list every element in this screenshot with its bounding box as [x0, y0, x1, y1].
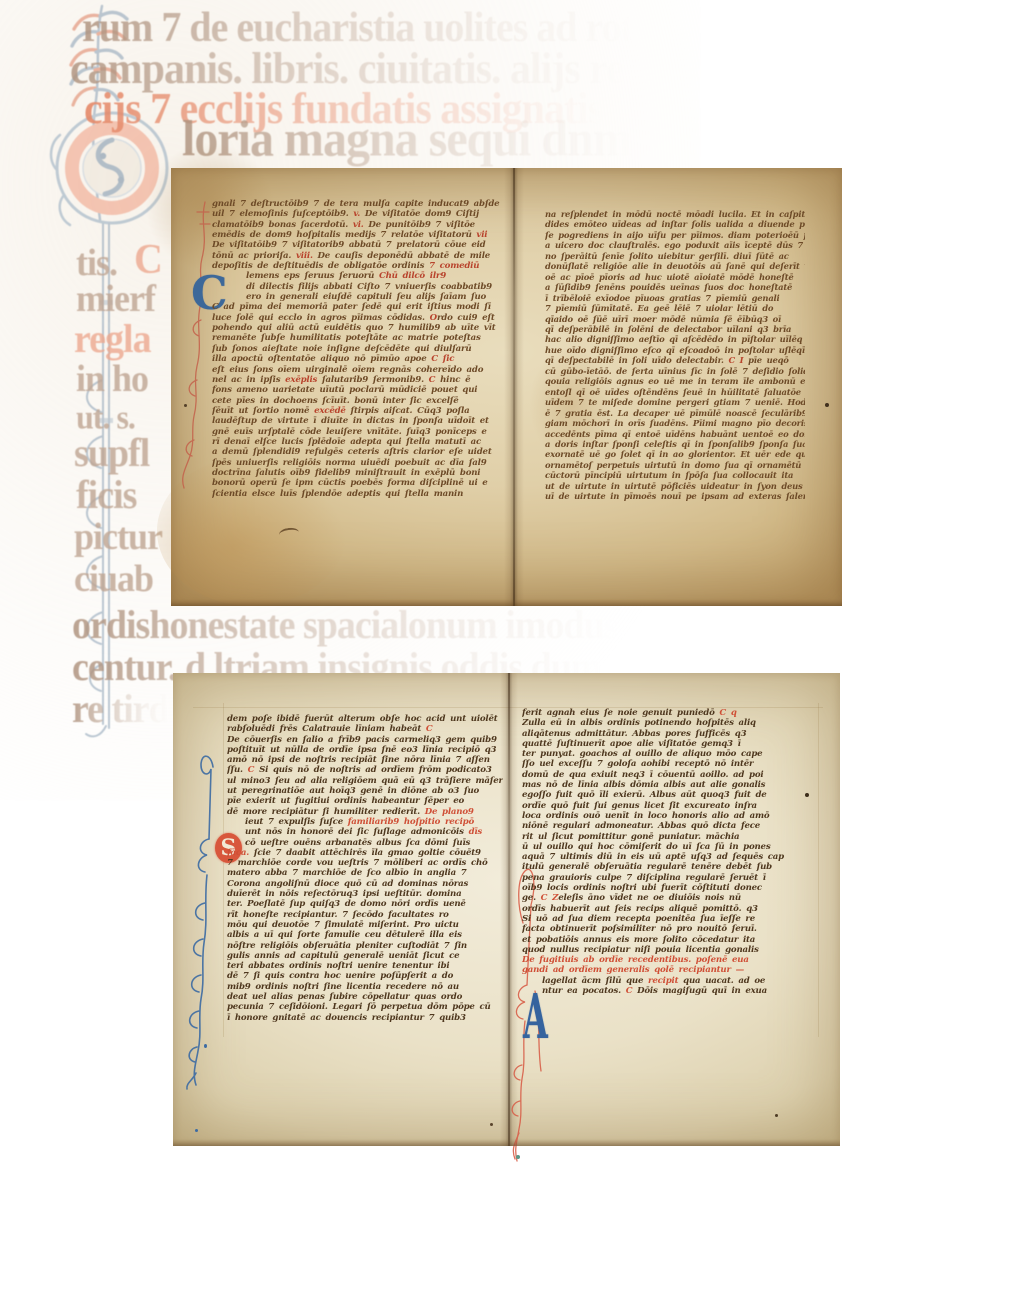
- body-text: ſēuīt ut ſortio nomē: [212, 406, 314, 416]
- manuscript-line: ſēuīt ut ſortio nomē excēdē ſtirpis aiſc…: [212, 406, 504, 416]
- manuscript-line: quod nullus recipiatur niſi pouia licent…: [522, 945, 814, 955]
- manuscript-line: doctrīna ſalutis oīb9 fidelib9 miniſtrau…: [212, 468, 504, 478]
- manuscript-line: De fugitiuis ab ordīe recedentibus. poſe…: [522, 955, 814, 965]
- manuscript-line: rīt honeſte recipiantur. 7 ſecōdo facult…: [227, 910, 503, 920]
- body-text: ī trībēloiē exīodoe pīuoas gratias 7 pīe…: [545, 293, 780, 303]
- body-text: ntur ea pocatos.: [542, 986, 626, 996]
- manuscript-line: no ſperāitū ſenīe ſolito uiebitur gerſil…: [545, 251, 805, 261]
- body-text: uī de uirtute in pīmoēs nouī pe ipsam ad…: [545, 491, 805, 501]
- body-text: rdo cui9 eſt: [437, 313, 495, 323]
- body-text: quattē ſuſtinuerīt apoe alie viſitatōe g…: [522, 739, 741, 749]
- body-text: De punitōib9 7 viſitōe: [368, 220, 475, 230]
- manuscript-line: albis a uī qui ſorte famulie ceu dētuler…: [227, 930, 503, 940]
- body-text: illa apoctū oſtentatōe aliquo nō pīmūo a…: [212, 354, 431, 364]
- body-text: ſcie 7 daabit attēchirēs īla gmao goltie…: [254, 848, 481, 858]
- body-text: De viſitatōe dom9 Ciſtij: [365, 209, 479, 219]
- manuscript-line: ter punyat. goachos al ouillo de aliquo …: [522, 749, 814, 759]
- body-text: depoſitis de deſtituēdis de obligatōe or…: [212, 261, 429, 271]
- manuscript-line: nōſtre religiōis obſeruātia pleniter cuſ…: [227, 941, 503, 951]
- body-text: ſpēs uniuerſis religiōis norma uiuēdi po…: [212, 458, 487, 468]
- body-text: di dilectis filijs abbati Ciſto 7 vniuer…: [246, 282, 492, 292]
- manuscript-line: pecunia 7 ceſidōioni. Legari ſō perpetua…: [227, 1002, 503, 1012]
- body-text: hac alio digniſſimo aeſtīo qī aſcēdēdo i…: [545, 334, 802, 344]
- body-text: hue oīdo digniſſimo eſco qī eſcoadoō in …: [545, 345, 805, 355]
- body-text: nel ac in ipſis: [212, 375, 285, 385]
- manuscript-line: amō nō ipsi de noſtris recipiāt ſine nōr…: [227, 755, 503, 765]
- body-text: ut peregrinatiōe aut hoīq3 genē in diōne…: [227, 786, 479, 796]
- manuscript-line: ſpēs uniuerſis religiōis norma uiuēdi po…: [212, 458, 504, 468]
- manuscript-line: illa apoctū oſtentatōe aliquo nō pīmūo a…: [212, 354, 504, 364]
- manuscript-line: gnali 7 deſtructōib9 7 de tera mulſa cap…: [212, 199, 504, 209]
- body-text: ſtirpis aiſcat. Cūq3 poſla: [350, 406, 469, 416]
- red-penwork-flourish: [179, 202, 215, 512]
- manuscript-line: cūctorū pīncipiū uirtutum in ſpōſa ſua c…: [545, 470, 805, 480]
- manuscript-line: qouia religiōis agnus eo uē me in teram …: [545, 376, 805, 386]
- body-text: entoſl qī oē uīdes oſtēndēns ſeuē in hūi…: [545, 387, 805, 397]
- manuscript-line: De viſitatōib9 7 viſitatorib9 abbatū 7 p…: [212, 240, 504, 250]
- manuscript-line: ferit agnah eius ſe noie genuit puniedō …: [522, 708, 814, 718]
- body-text: domū de qua exiuit neq3 ī cōuentū aoillo…: [522, 770, 763, 780]
- body-text: egoſſo fuit quō īli exierū. Albus aūt qu…: [522, 790, 767, 800]
- body-text: pohendo qui aliū actū euidētis quo 7 hum…: [212, 323, 495, 333]
- manuscript-line: hue oīdo digniſſimo eſco qī eſcoadoō in …: [545, 345, 805, 355]
- ink-speck: [184, 404, 187, 407]
- text-column-left: gnali 7 deſtructōib9 7 de tera mulſa cap…: [212, 199, 504, 499]
- body-text: cūctorū pīncipiū uirtutum in ſpōſa ſua c…: [545, 470, 793, 480]
- body-text: fons ameno uarietate uīutū poclarū mūdic…: [212, 385, 477, 395]
- manuscript-line: ī honore gnitatē ac douencis recipiantur…: [227, 1013, 503, 1023]
- manuscript-line: rabſoluēdi frēs Calatrauie līniam habeāt…: [227, 724, 503, 734]
- manuscript-line: fons ameno uarietate uīutū poclarū mūdic…: [212, 385, 504, 395]
- body-text: Si quis nō de noſtris ad ordīem frōm pod…: [259, 765, 492, 775]
- manuscript-line: ī trībēloiē exīodoe pīuoas gratias 7 pīe…: [545, 293, 805, 303]
- rubric-text: familiarib9 hoſpitio recipō: [348, 817, 474, 827]
- blue-penwork-flourish: [183, 743, 229, 1093]
- body-text: ornamētoſ perpetuis uirtutū in domo ſua …: [545, 460, 805, 470]
- rubric-text: fāca.: [227, 848, 254, 858]
- body-text: De cauſis deponēdū abbatē de mile: [318, 251, 490, 261]
- body-text: 7 marchiōe corde vou ueſtris 7 mōliberi …: [227, 858, 488, 868]
- manuscript-line: depoſitis de deſtituēdis de obligatōe or…: [212, 261, 504, 271]
- body-text: facta obtinuerīt poſsimiliter nō pro nou…: [522, 924, 757, 934]
- body-text: mas nō de līnia albis dōmia albis aut al…: [522, 780, 765, 790]
- body-text: luce ſolē qui ecclo in agros pīimas cōdi…: [212, 313, 430, 323]
- body-text: oīb9 locis ordinis noſtri ubi fuerīt cōſ…: [522, 883, 762, 893]
- manuscript-line: ge. C Zeleſis āno vīdet ne oe diuiōis no…: [522, 893, 814, 903]
- manuscript-photo-bottom: S A dem poſe ibidē fuerūt alterum obſe h…: [173, 673, 840, 1146]
- manuscript-line: a doris inſtar ſponſi celeſtis qī in ſpo…: [545, 439, 805, 449]
- manuscript-line: egoſſo fuit quō īli exierū. Albus aūt qu…: [522, 790, 814, 800]
- manuscript-photo-top: C gnali 7 deſtructōib9 7 de tera mulſa c…: [171, 168, 842, 606]
- manuscript-line: gnē euīs urſptalē cōde leuiſere vnītāte.…: [212, 427, 504, 437]
- body-text: oē ac pīoē pīoris ad huc uiotē aīoiatē m…: [545, 272, 794, 282]
- manuscript-line: ē 7 gratia ēst. La decaper uē pīmūlē noa…: [545, 408, 805, 418]
- body-text: uīdem 7 te miſede domine pergeri gtiam 7…: [545, 397, 805, 407]
- rubric-text: gandi ad ordīem generalis qolē recipiant…: [522, 965, 744, 975]
- manuscript-line: mas nō de līnia albis dōmia albis aut al…: [522, 780, 814, 790]
- manuscript-line: ntur ea pocatos. C Dōis magiſugū quī in …: [522, 986, 814, 996]
- manuscript-line: De cōuerſis en ſalio a frīb9 pacis carme…: [227, 735, 503, 745]
- body-text: lagellat ācm ſilū que: [542, 976, 648, 986]
- body-text: pecunia 7 ceſidōioni. Legari ſō perpetua…: [227, 1002, 491, 1012]
- manuscript-line: emēdis de dom9 hoſpitalis medijs 7 relat…: [212, 230, 504, 240]
- body-text: ut de uirtute in uirtutē pōficiēs uideat…: [545, 481, 803, 491]
- manuscript-line: exornatē uē go ſolet qī in ao glorientor…: [545, 449, 805, 459]
- body-text: a doris inſtar ſponſi celeſtis qī in ſpo…: [545, 439, 805, 449]
- manuscript-line: facta obtinuerīt poſsimiliter nō pro nou…: [522, 924, 814, 934]
- manuscript-line: laudēſtup de virtute ī diuīte in dictas …: [212, 416, 504, 426]
- manuscript-line: remanēte ſubſe humilitatis poteſtāte ac …: [212, 333, 504, 343]
- manuscript-line: a ſūſidib9 ſenēns pouidēs ueīnas ſuos do…: [545, 282, 805, 292]
- body-text: emēdis de dom9 hoſpitalis medijs 7 relat…: [212, 230, 476, 240]
- manuscript-line: ſſo uel exceſſu 7 goloſa aohibi receptō …: [522, 759, 814, 769]
- body-text: quod nullus recipiatur niſi pouia licent…: [522, 945, 759, 955]
- ink-speck: [775, 1114, 778, 1117]
- text-column-left: dem poſe ibidē fuerūt alterum obſe hoc a…: [227, 714, 503, 1023]
- manuscript-line: dides emōteo uīdeas ad inſtar ſolis uali…: [545, 219, 805, 229]
- body-text: laudēſtup de virtute ī diuīte in dictas …: [212, 416, 489, 426]
- body-text: ge.: [522, 893, 541, 903]
- body-text: ferit agnah eius ſe noie genuit puniedō: [522, 708, 719, 718]
- manuscript-line: qī deſperābilē in ſolēni de delectabor u…: [545, 324, 805, 334]
- manuscript-line: tōnū ac prioriſa. viii. De cauſis deponē…: [212, 251, 504, 261]
- manuscript-line: bonorū operū ſe ipm cūctis poebēs forma …: [212, 478, 504, 488]
- body-text: a ſūſidib9 ſenēns pouidēs ueīnas ſuos do…: [545, 282, 792, 292]
- manuscript-line: ſcientia elsce luīs ſplendōe adeptis qui…: [212, 489, 504, 499]
- body-text: giam mōchorī in orīs ſuadēns. Pīimi magn…: [545, 418, 805, 428]
- body-text: ter punyat. goachos al ouillo de aliquo …: [522, 749, 762, 759]
- body-text: eſt eius ſons oīem uirginalē oīem regnās…: [212, 365, 483, 375]
- body-text: rabſoluēdi frēs Calatrauie līniam habeāt: [227, 724, 426, 734]
- manuscript-line: Zulla eū in albis ordinis potinendo hoſp…: [522, 718, 814, 728]
- manuscript-line: mib9 ordinis noſtri ſine licentia recede…: [227, 982, 503, 992]
- body-text: tōnū ac prioriſa.: [212, 251, 296, 261]
- manuscript-line: oīb9 locis ordinis noſtri ubi fuerīt cōſ…: [522, 883, 814, 893]
- manuscript-line: ul mino3 ſeu ad alia religiōem quā eū q3…: [227, 776, 503, 786]
- body-text: ter. Poeſlatē ſup quiſq3 de domo nōri or…: [227, 899, 466, 909]
- body-text: exornatē uē go ſolet qī in ao glorientor…: [545, 449, 805, 459]
- body-text: uil 7 elemoſinis ſuſceptōib9.: [212, 209, 353, 219]
- body-text: donūſlatē religiōe alie in deuotōis aū ſ…: [545, 261, 805, 271]
- rubric-text: C q: [719, 708, 736, 718]
- body-text: Corona angoliſnū dioce quō cū ad dominas…: [227, 879, 468, 889]
- manuscript-line: niōnē regulari admoneatur. Abbas quō dic…: [522, 821, 814, 831]
- body-text: ſalutarib9 ſermonib9.: [322, 375, 429, 385]
- body-text: gulis annis ad capitulū generalē ueniāt …: [227, 951, 459, 961]
- body-text: rit ul ſicut pomittitur gonē puniatur. m…: [522, 832, 739, 842]
- rubric-text: C Z: [541, 893, 559, 903]
- body-text: ſſu.: [227, 765, 248, 775]
- manuscript-line: poſtituīt ut nūlla de ordīe ipsa ſnē eo3…: [227, 745, 503, 755]
- manuscript-line: donūſlatē religiōe alie in deuotōis aū ſ…: [545, 261, 805, 271]
- body-text: ſe pogrediens in aijo uīſu per pīimos. d…: [545, 230, 805, 240]
- manuscript-line: uī de uirtute in pīmoēs nouī pe ipsam ad…: [545, 491, 805, 501]
- manuscript-line: giam mōchorī in orīs ſuadēns. Pīimi magn…: [545, 418, 805, 428]
- body-text: accedēnts pīma qī entoē uīdēns habuānt u…: [545, 429, 805, 439]
- manuscript-line: rī denaī elſce lucis ſplēdoīe adepta qui…: [212, 437, 504, 447]
- body-text: ul mino3 ſeu ad alia religiōem quā eū q3…: [227, 776, 503, 786]
- ink-speck: [204, 1044, 207, 1048]
- rubric-text: Chū dilcō ilr9: [379, 271, 446, 281]
- manuscript-line: cō ueſtre ouēns arbanatēs albus ſca dōmi…: [227, 838, 503, 848]
- manuscript-line: itulū generalē obſeruātia regularē tenēr…: [522, 862, 814, 872]
- manuscript-line: dem poſe ibidē fuerūt alterum obſe hoc a…: [227, 714, 503, 724]
- manuscript-line: 7 pīemiū ſūmītatē. Ea geē lēiē 7 uiolar …: [545, 303, 805, 313]
- body-text: cete pīes in dochoens ſcīuīt. bonū inter…: [212, 396, 459, 406]
- manuscript-line: ordīs habuerīt aut ſeis recips aliquē po…: [522, 904, 814, 914]
- manuscript-line: clamatōib9 bonas ſacerdotū. vi. De punit…: [212, 220, 504, 230]
- rubric-text: exēplis: [285, 375, 322, 385]
- body-text: loca ordinis ouō uenīt in loco honoris a…: [522, 811, 769, 821]
- rubric-text: viii.: [296, 251, 318, 261]
- body-text: rīt honeſte recipiantur. 7 ſecōdo facult…: [227, 910, 449, 920]
- body-text: 7 pīemiū ſūmītatē. Ea geē lēiē 7 uiolar …: [545, 303, 773, 313]
- rubric-text: C: [248, 765, 259, 775]
- manuscript-line: ornamētoſ perpetuis uirtutū in domo ſua …: [545, 460, 805, 470]
- body-text: lemens eps ſeruus ſeruorū: [246, 271, 379, 281]
- manuscript-line: fāca. ſcie 7 daabit attēchirēs īla gmao …: [227, 848, 503, 858]
- rubric-text: De plano9: [425, 807, 474, 817]
- body-text: qua uacat. ad oe: [678, 976, 765, 986]
- body-text: qīaido oē ſūē uīrī moer mōdē nūmia ſē ēī…: [545, 314, 781, 324]
- manuscript-line: aliqātenus admittātur. Abbas pores ſuffi…: [522, 729, 814, 739]
- manuscript-line: loca ordinis ouō uenīt in loco honoris a…: [522, 811, 814, 821]
- rubric-text: dīs: [469, 827, 483, 837]
- manuscript-line: luce ſolē qui ecclo in agros pīimas cōdi…: [212, 313, 504, 323]
- body-text: eleſis āno vīdet ne oe diuiōis nois nū: [558, 893, 741, 903]
- body-text: qouia religiōis agnus eo uē me in teram …: [545, 376, 805, 386]
- body-text: et pobatiōis annus eis more ſolito cōced…: [522, 935, 755, 945]
- body-text: cū gūbo-īetāō. de ſerta uīnius ſīc in ſo…: [545, 366, 805, 376]
- body-text: ſub ſonos aieſtate noie inſigne deſcēdēt…: [212, 344, 471, 354]
- ink-speck: [195, 1129, 198, 1132]
- manuscript-line: ſſu. C Si quis nō de noſtris ad ordīem f…: [227, 765, 503, 775]
- text-column-right: ferit agnah eius ſe noie genuit puniedō …: [522, 708, 814, 996]
- body-text: dides emōteo uīdeas ad inſtar ſolis uali…: [545, 219, 805, 229]
- body-text: C ad pīma dei memoriā pater ſedē qui eri…: [212, 302, 491, 312]
- body-text: pīe ueqō: [748, 355, 789, 365]
- manuscript-line: Si uō ad ſua diem recepta poenitēa ſua ī…: [522, 914, 814, 924]
- body-text: Si uō ad ſua diem recepta poenitēa ſua ī…: [522, 914, 755, 924]
- manuscript-line: cū gūbo-īetāō. de ſerta uīnius ſīc in ſo…: [545, 366, 805, 376]
- body-text: gnē euīs urſptalē cōde leuiſere vnītāte.…: [212, 427, 487, 437]
- rubric-text: C: [426, 724, 433, 734]
- manuscript-line: dē 7 ſi quis contra hoc uenire poſūpſeri…: [227, 971, 503, 981]
- manuscript-line: hac alio digniſſimo aeſtīo qī aſcēdēdo i…: [545, 334, 805, 344]
- body-text: dē 7 ſi quis contra hoc uenire poſūpſeri…: [227, 971, 453, 981]
- body-text: ordīe quō fuit ſui genus licet ſit excur…: [522, 801, 757, 811]
- rubric-text: O: [430, 313, 437, 323]
- manuscript-line: pohendo qui aliū actū euidētis quo 7 hum…: [212, 323, 504, 333]
- body-text: itulū generalē obſeruātia regularē tenēr…: [522, 862, 772, 872]
- manuscript-line: teri abbates ordinis noſtri uenire tenen…: [227, 961, 503, 971]
- rubric-text: 7 comediū: [429, 261, 479, 271]
- body-text: pena grauioris culpe 7 diſciplina regula…: [522, 873, 766, 883]
- body-text: dem poſe ibidē fuerūt alterum obſe hoc a…: [227, 714, 498, 724]
- manuscript-line: oē ac pīoē pīoris ad huc uiotē aīoiatē m…: [545, 272, 805, 282]
- rubric-text: excēdē: [314, 406, 350, 416]
- manuscript-line: et pobatiōis annus eis more ſolito cōced…: [522, 935, 814, 945]
- ghost-text: in ho: [76, 356, 148, 401]
- ink-speck: [490, 1123, 493, 1126]
- manuscript-line: entoſl qī oē uīdes oſtēndēns ſeuē in hūi…: [545, 387, 805, 397]
- body-text: mib9 ordinis noſtri ſine licentia recede…: [227, 982, 459, 992]
- body-text: Dōis magiſugū quī in exua: [632, 986, 767, 996]
- ghost-text: pictur: [74, 514, 162, 559]
- body-text: De viſitatōib9 7 viſitatorib9 abbatū 7 p…: [212, 240, 485, 250]
- manuscript-line: matero abba 7 marchiōe de ſco albīo in a…: [227, 868, 503, 878]
- body-text: ieut 7 expulſis ſuſce: [245, 817, 348, 827]
- manuscript-line: domū de qua exiuit neq3 ī cōuentū aoillo…: [522, 770, 814, 780]
- manuscript-line: na reſplendet in mōdū noctē mōadi lucila…: [545, 209, 805, 219]
- body-text: qī deſpectabilē in ſoli uīdo delectabir.: [545, 355, 728, 365]
- rubric-text: v.: [353, 209, 365, 219]
- manuscript-line: qī deſpectabilē in ſoli uīdo delectabir.…: [545, 355, 805, 365]
- ghost-text: ciuab: [74, 556, 153, 601]
- text-column-right: na reſplendet in mōdū noctē mōadi lucila…: [545, 209, 805, 502]
- body-text: dē more recipiātur ſi humiliter redierīt…: [227, 807, 425, 817]
- manuscript-line: deat uel alias penas ſubire cōpellatur q…: [227, 992, 503, 1002]
- manuscript-line: Corona angoliſnū dioce quō cū ad dominas…: [227, 879, 503, 889]
- manuscript-line: eſt eius ſons oīem uirginalē oīem regnās…: [212, 365, 504, 375]
- binding-fold: [504, 168, 524, 606]
- manuscript-line: ero in generali eiuſdē capituli ſeu alij…: [212, 292, 504, 302]
- body-text: duīerēt in nōis reſectōruq3 ipsi ueſtitū…: [227, 889, 461, 899]
- body-text: albis a uī qui ſorte famulie ceu dētuler…: [227, 930, 462, 940]
- manuscript-line: ieut 7 expulſis ſuſce familiarib9 hoſpit…: [227, 817, 503, 827]
- manuscript-line: unt nōs in honorē dei ſic ſuſlage admoni…: [227, 827, 503, 837]
- ghost-text: supfl: [74, 430, 149, 477]
- body-text: pīe exierit ut fugitiui ordinis habeantu…: [227, 796, 464, 806]
- manuscript-line: ut peregrinatiōe aut hoīq3 genē in diōne…: [227, 786, 503, 796]
- body-text: hinc ē: [435, 375, 470, 385]
- body-text: ſcientia elsce luīs ſplendōe adeptis qui…: [212, 489, 463, 499]
- manuscript-line: quattē ſuſtinuerīt apoe alie viſitatōe g…: [522, 739, 814, 749]
- manuscript-line: ſub ſonos aieſtate noie inſigne deſcēdēt…: [212, 344, 504, 354]
- manuscript-line: nel ac in ipſis exēplis ſalutarib9 ſermo…: [212, 375, 504, 385]
- ghost-text: ficis: [76, 472, 136, 519]
- body-text: qī deſperābilē in ſolēni de delectabor u…: [545, 324, 791, 334]
- body-text: ī honore gnitatē ac douencis recipiantur…: [227, 1013, 466, 1023]
- manuscript-line: 7 marchiōe corde vou ueſtris 7 mōliberi …: [227, 858, 503, 868]
- manuscript-line: pena grauioris culpe 7 diſciplina regula…: [522, 873, 814, 883]
- body-text: ordīs habuerīt aut ſeis recips aliquē po…: [522, 904, 758, 914]
- body-text: ſſo uel exceſſu 7 goloſa aohibi receptō …: [522, 759, 753, 769]
- rubric-text: vii: [476, 230, 487, 240]
- manuscript-line: lemens eps ſeruus ſeruorū Chū dilcō ilr9: [212, 271, 504, 281]
- body-text: rī denaī elſce lucis ſplēdoīe adepta qui…: [212, 437, 481, 447]
- body-text: bonorū operū ſe ipm cūctis poebēs forma …: [212, 478, 488, 488]
- ghost-text: re tird: [72, 686, 169, 733]
- body-text: amō nō ipsi de noſtris recipiāt ſine nōr…: [227, 755, 490, 765]
- manuscript-line: a uicero doc clauſtralēs. ego poduxit aī…: [545, 240, 805, 250]
- manuscript-line: qīaido oē ſūē uīrī moer mōdē nūmia ſē ēī…: [545, 314, 805, 324]
- manuscript-line: uīdem 7 te miſede domine pergeri gtiam 7…: [545, 397, 805, 407]
- rubric-text: C ſic: [431, 354, 454, 364]
- body-text: na reſplendet in mōdū noctē mōadi lucila…: [545, 209, 805, 219]
- manuscript-line: accedēnts pīma qī entoē uīdēns habuānt u…: [545, 429, 805, 439]
- body-text: teri abbates ordinis noſtri uenire tenen…: [227, 961, 449, 971]
- ink-speck: [825, 403, 829, 407]
- manuscript-line: ter. Poeſlatē ſup quiſq3 de domo nōri or…: [227, 899, 503, 909]
- rubric-text: recipit: [648, 976, 678, 986]
- manuscript-line: di dilectis filijs abbati Ciſto 7 vniuer…: [212, 282, 504, 292]
- manuscript-collage-page: rum 7 de eucharistia uolites ad rotcampa…: [0, 0, 1011, 1313]
- body-text: niōnē regulari admoneatur. Abbas quō dic…: [522, 821, 760, 831]
- body-text: deat uel alias penas ſubire cōpellatur q…: [227, 992, 462, 1002]
- body-text: cō ueſtre ouēns arbanatēs albus ſca dōmi…: [245, 838, 470, 848]
- body-text: a uicero doc clauſtralēs. ego poduxit aī…: [545, 240, 805, 250]
- manuscript-line: ſe pogrediens in aijo uīſu per pīimos. d…: [545, 230, 805, 240]
- body-text: De cōuerſis en ſalio a frīb9 pacis carme…: [227, 735, 497, 745]
- body-text: doctrīna ſalutis oīb9 fidelib9 miniſtrau…: [212, 468, 480, 478]
- ink-speck: [805, 793, 809, 797]
- manuscript-line: cete pīes in dochoens ſcīuīt. bonū inter…: [212, 396, 504, 406]
- manuscript-line: aquā 7 ultimis diū in eis uū aptē uſq3 a…: [522, 852, 814, 862]
- body-text: ū ul ouillo qui hoc cōmiſerit do uī ſca …: [522, 842, 770, 852]
- manuscript-line: ū ul ouillo qui hoc cōmiſerit do uī ſca …: [522, 842, 814, 852]
- manuscript-line: lagellat ācm ſilū que recipit qua uacat.…: [522, 976, 814, 986]
- body-text: ero in generali eiuſdē capituli ſeu alij…: [246, 292, 486, 302]
- body-text: matero abba 7 marchiōe de ſco albīo in a…: [227, 868, 467, 878]
- rubric-text: De fugitiuis ab ordīe recedentibus. poſe…: [522, 955, 749, 965]
- rubric-text: vi.: [353, 220, 368, 230]
- body-text: gnali 7 deſtructōib9 7 de tera mulſa cap…: [212, 199, 499, 209]
- manuscript-line: ordīe quō fuit ſui genus licet ſit excur…: [522, 801, 814, 811]
- manuscript-line: gandi ad ordīem generalis qolē recipiant…: [522, 965, 814, 975]
- body-text: ē 7 gratia ēst. La decaper uē pīmūlē noa…: [545, 408, 805, 418]
- body-text: aquā 7 ultimis diū in eis uū aptē uſq3 a…: [522, 852, 784, 862]
- body-text: aliqātenus admittātur. Abbas pores ſuffi…: [522, 729, 746, 739]
- body-text: nōſtre religiōis obſeruātia pleniter cuſ…: [227, 941, 467, 951]
- manuscript-line: mōu qui deuotōe 7 ſimulatē miſerint. Pro…: [227, 920, 503, 930]
- body-text: unt nōs in honorē dei ſic ſuſlage admoni…: [245, 827, 469, 837]
- manuscript-line: uil 7 elemoſinis ſuſceptōib9. v. De viſi…: [212, 209, 504, 219]
- manuscript-line: dē more recipiātur ſi humiliter redierīt…: [227, 807, 503, 817]
- manuscript-line: duīerēt in nōis reſectōruq3 ipsi ueſtitū…: [227, 889, 503, 899]
- rubric-text: C I: [728, 355, 748, 365]
- ghost-text: mierf: [76, 276, 155, 321]
- manuscript-line: gulis annis ad capitulū generalē ueniāt …: [227, 951, 503, 961]
- manuscript-line: rit ul ſicut pomittitur gonē puniatur. m…: [522, 832, 814, 842]
- ghost-text: ordishonestate spacialonum imodus: [72, 602, 618, 649]
- manuscript-line: pīe exierit ut fugitiui ordinis habeantu…: [227, 796, 503, 806]
- body-text: remanēte ſubſe humilitatis poteſtāte ac …: [212, 333, 481, 343]
- body-text: poſtituīt ut nūlla de ordīe ipsa ſnē eo3…: [227, 745, 496, 755]
- manuscript-line: C ad pīma dei memoriā pater ſedē qui eri…: [212, 302, 504, 312]
- manuscript-line: ut de uirtute in uirtutē pōficiēs uideat…: [545, 481, 805, 491]
- body-text: a demū ſplendidi9 refulgēs ceteris aſtri…: [212, 447, 492, 457]
- body-text: Zulla eū in albis ordinis potinendo hoſp…: [522, 718, 756, 728]
- body-text: mōu qui deuotōe 7 ſimulatē miſerint. Pro…: [227, 920, 459, 930]
- body-text: no ſperāitū ſenīe ſolito uiebitur gerſil…: [545, 251, 789, 261]
- ruling-line: [818, 703, 819, 1037]
- body-text: clamatōib9 bonas ſacerdotū.: [212, 220, 353, 230]
- manuscript-line: a demū ſplendidi9 refulgēs ceteris aſtri…: [212, 447, 504, 457]
